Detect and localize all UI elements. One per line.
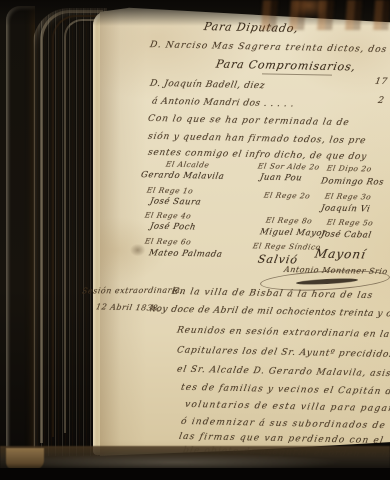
book-cover-edge xyxy=(6,6,35,458)
signature-role: El Sor Alde 2o xyxy=(257,161,320,171)
signature-name: Mayoní xyxy=(314,246,368,261)
signature-name: Miguel Mayor xyxy=(259,227,327,238)
signature-role: El Rege 3o xyxy=(324,192,372,202)
signature-role: El Rege 6o xyxy=(144,237,192,247)
signature-name: Domingo Ros xyxy=(320,176,385,187)
signature-role: El Dipo 2o xyxy=(326,164,372,174)
cover-bottom-corner xyxy=(6,448,44,470)
signature-name: Gerardo Malavila xyxy=(140,170,225,182)
signature-name: José Saura xyxy=(149,196,202,207)
book-photo: Para Diputado, D. Narciso Mas Sagrera tr… xyxy=(0,0,390,480)
signature-name: Joaquín Vi xyxy=(320,204,371,215)
signature-role: El Rege 2o xyxy=(263,191,311,201)
signature-name: José Poch xyxy=(149,222,197,233)
signature-role: El Rege Síndico xyxy=(252,241,321,251)
signature-name: Mateo Palmada xyxy=(148,248,223,259)
heading-para-diputado: Para Diputado, xyxy=(203,20,300,35)
signature-role: El Rege 1o xyxy=(146,186,194,196)
signature-name: José Cabal xyxy=(320,229,372,240)
signature-name: Juan Pou xyxy=(259,173,303,184)
signature-role: El Rege 5o xyxy=(326,218,374,228)
signature-role: El Rege 8o xyxy=(265,216,313,226)
candidate-tally: 17 xyxy=(374,77,388,87)
signature-role: El Rege 4o xyxy=(144,211,192,221)
margin-note: Sesión extraordinaria, xyxy=(81,286,184,296)
photo-bottom-border xyxy=(0,468,390,480)
signature-role: El Alcalde xyxy=(165,160,210,170)
